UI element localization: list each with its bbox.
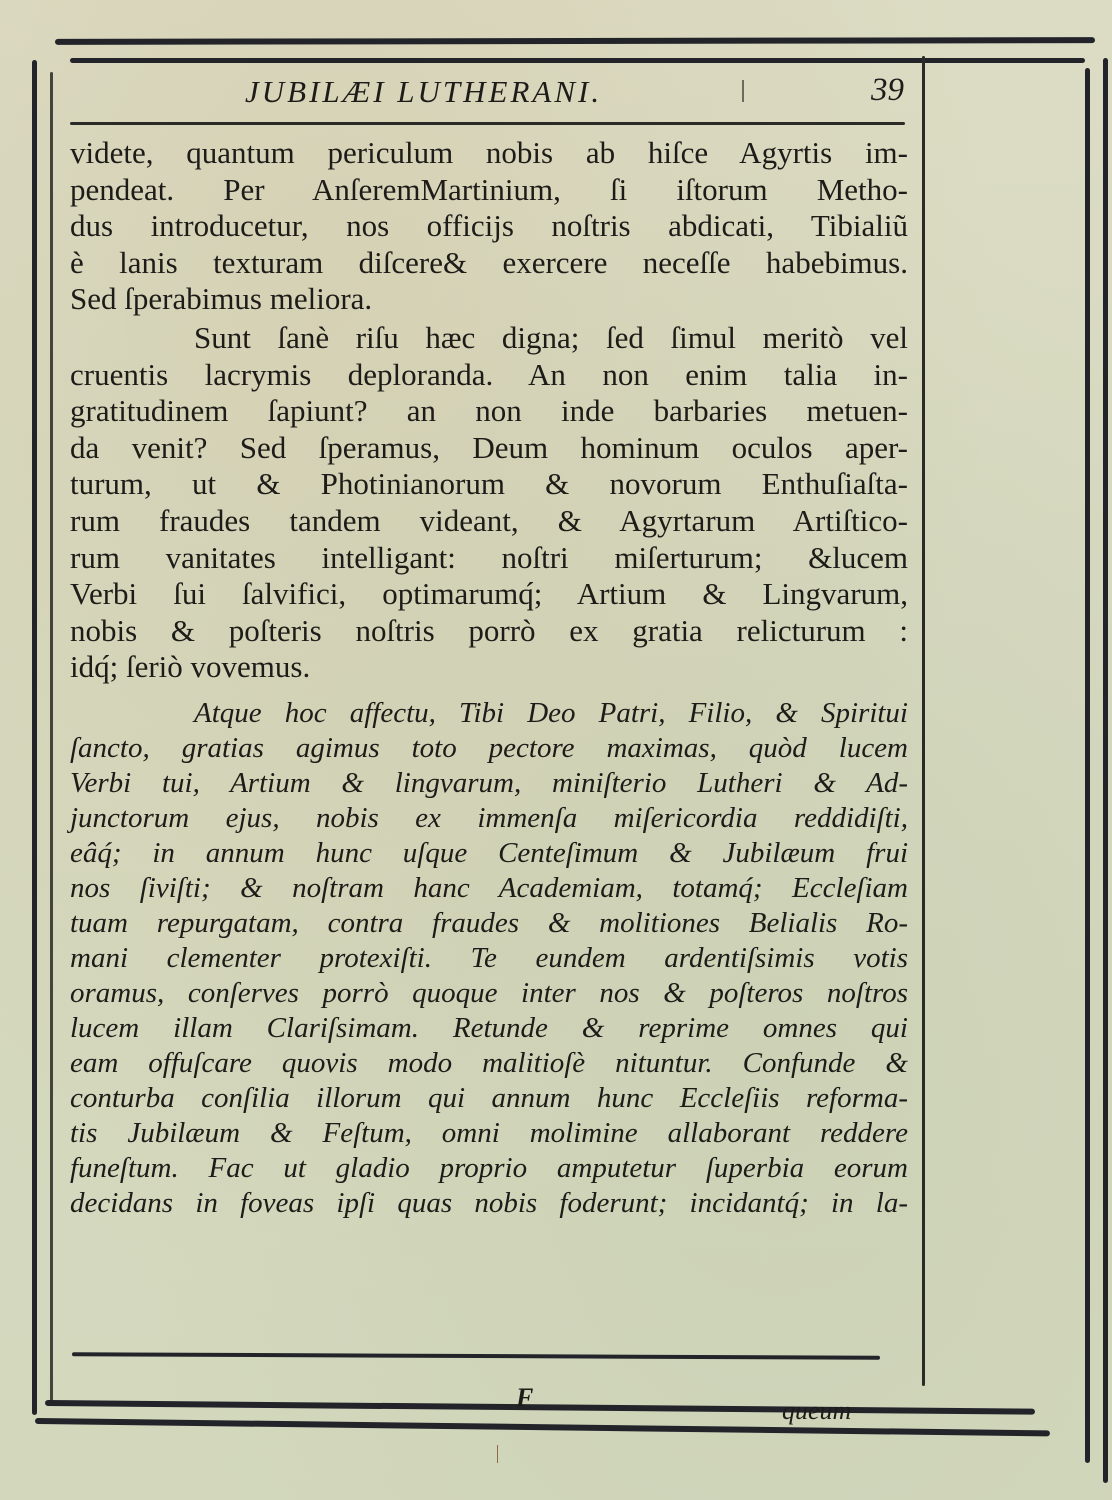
signature-mark: F [516, 1383, 533, 1413]
text-line: turum, ut & Photinianorum & novorum Enth… [70, 466, 908, 503]
running-head: JUBILÆI LUTHERANI. 39 [70, 70, 910, 114]
bottom-border-inner [45, 1400, 1035, 1415]
text-line: è lanis texturam diſcere& exercere neceſ… [70, 245, 908, 282]
top-border-inner [70, 58, 1085, 63]
left-border-outer [32, 60, 37, 1415]
text-line: tis Jubilæum & Feſtum, omni molimine all… [70, 1116, 908, 1151]
catchword: queum [782, 1396, 851, 1426]
bottom-border-outer [35, 1418, 1050, 1436]
text-line: Atque hoc affectu, Tibi Deo Patri, Filio… [70, 696, 908, 731]
text-line: gratitudinem ſapiunt? an non inde barbar… [70, 393, 908, 430]
text-line: cruentis lacrymis deploranda. An non eni… [70, 357, 908, 394]
paragraph-roman-1: videte, quantum periculum nobis ab hiſce… [70, 135, 908, 318]
right-border-outer [1103, 58, 1108, 1483]
text-line: junctorum ejus, nobis ex immenſa miſeric… [70, 801, 908, 836]
head-ink-mark [742, 80, 744, 102]
text-line: tuam repurgatam, contra fraudes & moliti… [70, 906, 908, 941]
text-line: dus introducetur, nos officijs noſtris a… [70, 208, 908, 245]
text-line: idq́; ſeriò vovemus. [70, 649, 908, 686]
text-line: Sed ſperabimus meliora. [70, 281, 908, 318]
text-line: nos ſiviſti; & noſtram hanc Academiam, t… [70, 871, 908, 906]
page-number: 39 [871, 72, 904, 109]
text-line: eam offuſcare quovis modo malitioſè nitu… [70, 1046, 908, 1081]
text-line: pendeat. Per AnſeremMartinium, ſi iſtoru… [70, 172, 908, 209]
left-border-inner [50, 72, 53, 1402]
text-line: rum vanitates intelligant: noſtri miſert… [70, 540, 908, 577]
text-line: lucem illam Clariſsimam. Retunde & repri… [70, 1011, 908, 1046]
text-line: mani clementer protexiſti. Te eundem ard… [70, 941, 908, 976]
text-line: eâq́; in annum hunc uſque Centeſimum & J… [70, 836, 908, 871]
text-line: funeſtum. Fac ut gladio proprio amputetu… [70, 1151, 908, 1186]
text-line: da venit? Sed ſperamus, Deum hominum ocu… [70, 430, 908, 467]
top-border-outer [55, 37, 1095, 45]
text-line: Sunt ſanè riſu hæc digna; ſed ſimul meri… [70, 320, 908, 357]
paper-mark [497, 1445, 498, 1463]
text-line: decidans in foveas ipſi quas nobis foder… [70, 1186, 908, 1221]
text-line: Verbi ſui ſalvifici, optimarumq́; Artium… [70, 576, 908, 613]
right-border-inner [1085, 68, 1090, 1463]
head-rule [70, 122, 905, 125]
text-line: conturba conſilia illorum qui annum hunc… [70, 1081, 908, 1116]
text-line: videte, quantum periculum nobis ab hiſce… [70, 135, 908, 172]
text-line: ſancto, gratias agimus toto pectore maxi… [70, 731, 908, 766]
page-body: videte, quantum periculum nobis ab hiſce… [70, 135, 908, 1221]
text-line: oramus, conſerves porrò quoque inter nos… [70, 976, 908, 1011]
paragraph-italic-prayer: Atque hoc affectu, Tibi Deo Patri, Filio… [70, 696, 908, 1221]
running-head-title: JUBILÆI LUTHERANI. [245, 74, 602, 110]
text-line: Verbi tui, Artium & lingvarum, miniſteri… [70, 766, 908, 801]
paragraph-roman-2: Sunt ſanè riſu hæc digna; ſed ſimul meri… [70, 320, 908, 686]
text-bottom-rule [72, 1352, 880, 1360]
text-line: rum fraudes tandem videant, & Agyrtarum … [70, 503, 908, 540]
text-line: nobis & poſteris noſtris porrò ex gratia… [70, 613, 908, 650]
right-text-frame-rule [922, 56, 925, 1386]
